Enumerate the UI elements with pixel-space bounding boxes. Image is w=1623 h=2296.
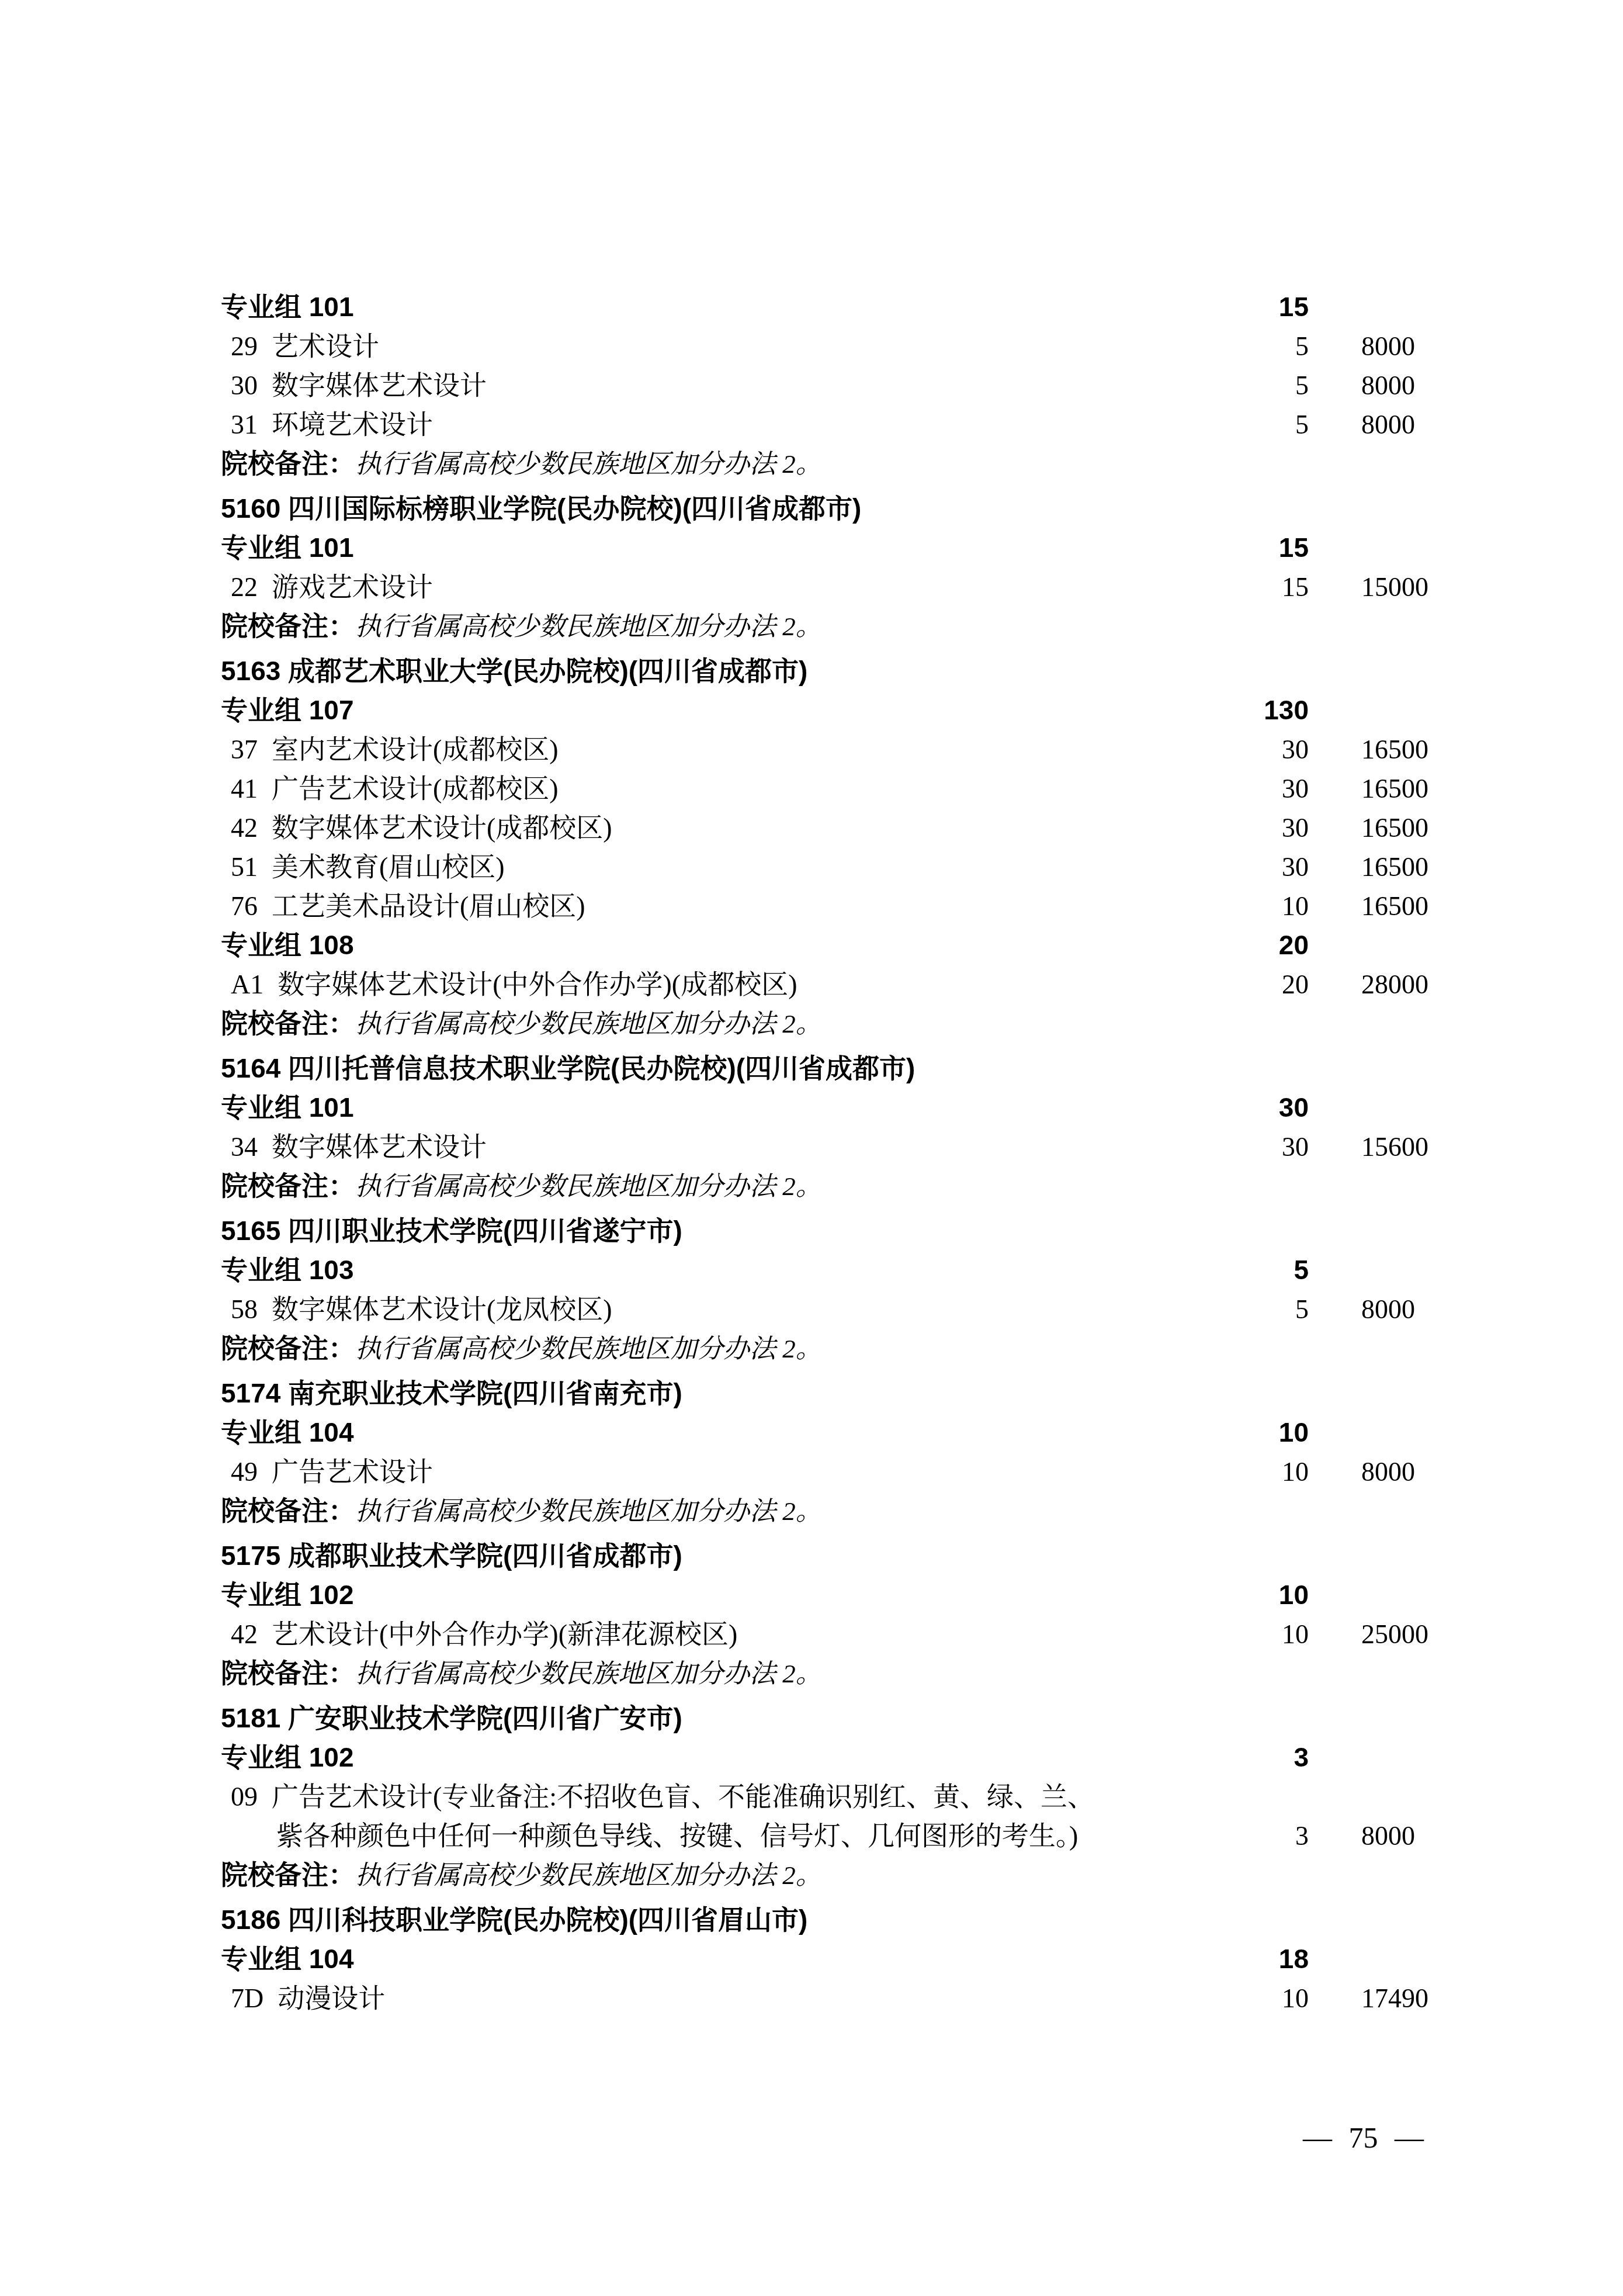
page-footer: — 75 — <box>0 2120 1424 2155</box>
page-number: — 75 — <box>1303 2121 1424 2154</box>
group-label: 专业组 103 <box>221 1255 354 1285</box>
major-code: 42 <box>231 1619 258 1649</box>
group-label: 专业组 101 <box>221 1092 354 1123</box>
major-quota: 5 <box>1295 327 1309 366</box>
major-row: 37室内艺术设计(成都校区)3016500 <box>221 730 1623 769</box>
group-quota: 15 <box>1279 288 1309 327</box>
major-fee: 16500 <box>1361 769 1428 808</box>
major-name-line1: 广告艺术设计(专业备注:不招收色盲、不能准确识别红、黄、绿、兰、 <box>272 1782 1094 1812</box>
school-row: 5186 四川科技职业学院(民办院校)(四川省眉山市) <box>221 1900 1623 1940</box>
school-title: 5164 四川托普信息技术职业学院(民办院校)(四川省成都市) <box>221 1053 915 1083</box>
group-label: 专业组 108 <box>221 930 354 960</box>
group-row: 专业组 10115 <box>221 528 1623 567</box>
major-code: 42 <box>231 813 258 843</box>
major-row: 22游戏艺术设计1515000 <box>221 567 1623 607</box>
group-row: 专业组 10130 <box>221 1088 1623 1127</box>
group-quota: 30 <box>1279 1088 1309 1127</box>
remark-label: 院校备注： <box>221 611 355 641</box>
major-name: 美术教育(眉山校区) <box>272 852 505 882</box>
major-row: A1数字媒体艺术设计(中外合作办学)(成都校区)2028000 <box>221 965 1623 1004</box>
remark-text: 执行省属高校少数民族地区加分办法 2。 <box>355 612 822 641</box>
remark-label: 院校备注： <box>221 1658 355 1688</box>
major-quota: 5 <box>1295 405 1309 444</box>
major-fee: 8000 <box>1361 1452 1415 1491</box>
major-name: 数字媒体艺术设计 <box>272 370 487 400</box>
major-row: 30数字媒体艺术设计58000 <box>221 366 1623 405</box>
major-code: 37 <box>231 735 258 764</box>
school-title: 5181 广安职业技术学院(四川省广安市) <box>221 1703 682 1733</box>
group-quota: 15 <box>1279 528 1309 567</box>
school-title: 5163 成都艺术职业大学(民办院校)(四川省成都市) <box>221 656 807 686</box>
group-row: 专业组 10115 <box>221 288 1623 327</box>
group-label: 专业组 101 <box>221 532 354 563</box>
major-quota: 30 <box>1282 1127 1309 1166</box>
major-row: 41广告艺术设计(成都校区)3016500 <box>221 769 1623 808</box>
group-label: 专业组 104 <box>221 1944 354 1974</box>
major-fee: 17490 <box>1361 1979 1428 2018</box>
major-name: 艺术设计(中外合作办学)(新津花源校区) <box>272 1619 737 1649</box>
major-quota: 10 <box>1282 1615 1309 1654</box>
major-row: 34数字媒体艺术设计3015600 <box>221 1127 1623 1166</box>
major-code: 58 <box>231 1294 258 1324</box>
major-code: 34 <box>231 1132 258 1162</box>
major-fee: 8000 <box>1361 1816 1415 1855</box>
remark-label: 院校备注： <box>221 1495 355 1526</box>
remark-label: 院校备注： <box>221 1008 355 1038</box>
major-quota: 20 <box>1282 965 1309 1004</box>
major-fee: 15600 <box>1361 1127 1428 1166</box>
group-row: 专业组 107130 <box>221 691 1623 730</box>
major-line-1: 09广告艺术设计(专业备注:不招收色盲、不能准确识别红、黄、绿、兰、 <box>221 1777 1623 1816</box>
remark-row: 院校备注：执行省属高校少数民族地区加分办法 2。 <box>221 1004 1623 1044</box>
major-name-line2: 紫各种颜色中任何一种颜色导线、按键、信号灯、几何图形的考生。) <box>276 1821 1078 1851</box>
major-name: 数字媒体艺术设计(龙凤校区) <box>272 1294 612 1324</box>
remark-label: 院校备注： <box>221 1859 355 1890</box>
remark-label: 院校备注： <box>221 1170 355 1201</box>
major-name: 广告艺术设计(成都校区) <box>272 774 559 804</box>
major-quota: 3 <box>1295 1816 1309 1855</box>
major-name: 广告艺术设计 <box>272 1457 433 1487</box>
major-quota: 30 <box>1282 730 1309 769</box>
major-row: 76工艺美术品设计(眉山校区)1016500 <box>221 886 1623 926</box>
remark-row: 院校备注：执行省属高校少数民族地区加分办法 2。 <box>221 1166 1623 1206</box>
remark-label: 院校备注： <box>221 1333 355 1363</box>
major-row: 29艺术设计58000 <box>221 327 1623 366</box>
major-code: 31 <box>231 410 258 439</box>
remark-row: 院校备注：执行省属高校少数民族地区加分办法 2。 <box>221 1491 1623 1531</box>
major-fee: 25000 <box>1361 1615 1428 1654</box>
major2-row: 09广告艺术设计(专业备注:不招收色盲、不能准确识别红、黄、绿、兰、紫各种颜色中… <box>221 1777 1623 1855</box>
group-row: 专业组 1035 <box>221 1251 1623 1290</box>
major-quota: 5 <box>1295 366 1309 405</box>
group-label: 专业组 107 <box>221 695 354 725</box>
major-code: 41 <box>231 774 258 804</box>
group-quota: 3 <box>1293 1738 1309 1777</box>
school-row: 5175 成都职业技术学院(四川省成都市) <box>221 1536 1623 1575</box>
major-code: 09 <box>231 1782 258 1812</box>
school-title: 5160 四川国际标榜职业学院(民办院校)(四川省成都市) <box>221 493 861 524</box>
group-label: 专业组 102 <box>221 1580 354 1610</box>
major-code: 7D <box>231 1983 263 2013</box>
remark-row: 院校备注：执行省属高校少数民族地区加分办法 2。 <box>221 1855 1623 1895</box>
major-quota: 30 <box>1282 769 1309 808</box>
group-row: 专业组 10820 <box>221 926 1623 965</box>
major-code: A1 <box>231 969 263 999</box>
group-quota: 18 <box>1279 1940 1309 1979</box>
remark-row: 院校备注：执行省属高校少数民族地区加分办法 2。 <box>221 1329 1623 1369</box>
group-label: 专业组 101 <box>221 292 354 322</box>
major-fee: 16500 <box>1361 730 1428 769</box>
major-fee: 8000 <box>1361 366 1415 405</box>
major-quota: 10 <box>1282 1979 1309 2018</box>
group-label: 专业组 104 <box>221 1417 354 1447</box>
major-code: 49 <box>231 1457 258 1487</box>
remark-text: 执行省属高校少数民族地区加分办法 2。 <box>355 1172 822 1201</box>
school-title: 5174 南充职业技术学院(四川省南充市) <box>221 1378 682 1408</box>
school-row: 5160 四川国际标榜职业学院(民办院校)(四川省成都市) <box>221 489 1623 528</box>
remark-row: 院校备注：执行省属高校少数民族地区加分办法 2。 <box>221 444 1623 484</box>
major-code: 22 <box>231 572 258 602</box>
major-fee: 16500 <box>1361 886 1428 926</box>
major-name: 艺术设计 <box>272 331 379 361</box>
major-code: 76 <box>231 891 258 921</box>
major-quota: 10 <box>1282 886 1309 926</box>
remark-text: 执行省属高校少数民族地区加分办法 2。 <box>355 1861 822 1890</box>
remark-label: 院校备注： <box>221 448 355 479</box>
remark-row: 院校备注：执行省属高校少数民族地区加分办法 2。 <box>221 607 1623 646</box>
major-name: 工艺美术品设计(眉山校区) <box>272 891 585 921</box>
group-row: 专业组 10210 <box>221 1575 1623 1615</box>
school-title: 5186 四川科技职业学院(民办院校)(四川省眉山市) <box>221 1904 807 1935</box>
remark-text: 执行省属高校少数民族地区加分办法 2。 <box>355 1009 822 1038</box>
group-label: 专业组 102 <box>221 1742 354 1772</box>
group-quota: 10 <box>1279 1575 1309 1615</box>
major-quota: 15 <box>1282 567 1309 607</box>
major-row: 49广告艺术设计108000 <box>221 1452 1623 1491</box>
school-row: 5165 四川职业技术学院(四川省遂宁市) <box>221 1211 1623 1251</box>
major-name: 数字媒体艺术设计(中外合作办学)(成都校区) <box>278 969 797 999</box>
major-code: 51 <box>231 852 258 882</box>
major-row: 42数字媒体艺术设计(成都校区)3016500 <box>221 808 1623 847</box>
school-title: 5175 成都职业技术学院(四川省成都市) <box>221 1540 682 1571</box>
major-fee: 8000 <box>1361 405 1415 444</box>
school-row: 5164 四川托普信息技术职业学院(民办院校)(四川省成都市) <box>221 1049 1623 1088</box>
major-fee: 8000 <box>1361 1290 1415 1329</box>
major-name: 游戏艺术设计 <box>272 572 433 602</box>
major-row: 31环境艺术设计58000 <box>221 405 1623 444</box>
major-quota: 10 <box>1282 1452 1309 1491</box>
major-name: 数字媒体艺术设计(成都校区) <box>272 813 612 843</box>
major-row: 7D动漫设计1017490 <box>221 1979 1623 2018</box>
group-quota: 20 <box>1279 926 1309 965</box>
major-quota: 5 <box>1295 1290 1309 1329</box>
group-row: 专业组 10418 <box>221 1940 1623 1979</box>
major-quota: 30 <box>1282 847 1309 886</box>
major-fee: 16500 <box>1361 808 1428 847</box>
group-quota: 130 <box>1264 691 1309 730</box>
remark-text: 执行省属高校少数民族地区加分办法 2。 <box>355 449 822 479</box>
major-fee: 15000 <box>1361 567 1428 607</box>
major-row: 58数字媒体艺术设计(龙凤校区)58000 <box>221 1290 1623 1329</box>
remark-text: 执行省属高校少数民族地区加分办法 2。 <box>355 1659 822 1688</box>
major-name: 环境艺术设计 <box>272 410 433 439</box>
major-name: 室内艺术设计(成都校区) <box>272 735 559 764</box>
group-quota: 10 <box>1279 1413 1309 1452</box>
remark-text: 执行省属高校少数民族地区加分办法 2。 <box>355 1334 822 1363</box>
school-row: 5163 成都艺术职业大学(民办院校)(四川省成都市) <box>221 652 1623 691</box>
major-quota: 30 <box>1282 808 1309 847</box>
school-title: 5165 四川职业技术学院(四川省遂宁市) <box>221 1215 682 1246</box>
major-row: 51美术教育(眉山校区)3016500 <box>221 847 1623 886</box>
school-row: 5181 广安职业技术学院(四川省广安市) <box>221 1699 1623 1738</box>
major-row: 42艺术设计(中外合作办学)(新津花源校区)1025000 <box>221 1615 1623 1654</box>
school-row: 5174 南充职业技术学院(四川省南充市) <box>221 1374 1623 1413</box>
major-code: 29 <box>231 331 258 361</box>
admission-plan-list: 专业组 1011529艺术设计5800030数字媒体艺术设计5800031环境艺… <box>221 288 1623 2018</box>
major-name: 数字媒体艺术设计 <box>272 1132 487 1162</box>
group-row: 专业组 10410 <box>221 1413 1623 1452</box>
remark-row: 院校备注：执行省属高校少数民族地区加分办法 2。 <box>221 1654 1623 1694</box>
group-quota: 5 <box>1293 1251 1309 1290</box>
major-code: 30 <box>231 370 258 400</box>
major-fee: 16500 <box>1361 847 1428 886</box>
major-name: 动漫设计 <box>278 1983 385 2013</box>
major-fee: 8000 <box>1361 327 1415 366</box>
group-row: 专业组 1023 <box>221 1738 1623 1777</box>
document-page: { "page": { "background": "#ffffff", "te… <box>0 0 1623 2296</box>
remark-text: 执行省属高校少数民族地区加分办法 2。 <box>355 1497 822 1526</box>
major-fee: 28000 <box>1361 965 1428 1004</box>
